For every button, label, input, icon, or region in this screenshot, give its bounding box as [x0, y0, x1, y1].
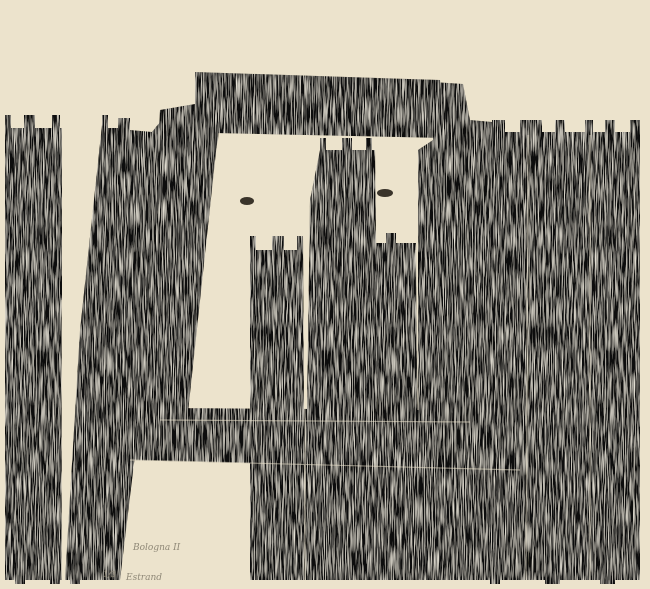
plank-right-1 [528, 120, 593, 580]
top-lintel [195, 72, 445, 138]
woodcut-artwork [0, 0, 650, 589]
pencil-title-inscription: Bologna II [133, 543, 180, 553]
plank-left-1 [5, 115, 62, 580]
plank-center-left [250, 236, 305, 580]
plank-right-2 [593, 120, 640, 580]
plank-lower-center [305, 460, 475, 580]
pencil-signature: Estrand [126, 573, 162, 583]
pencil-edition-number: 1/3 [103, 570, 116, 579]
bottom-tabs [15, 580, 615, 584]
plank-center [307, 138, 378, 410]
